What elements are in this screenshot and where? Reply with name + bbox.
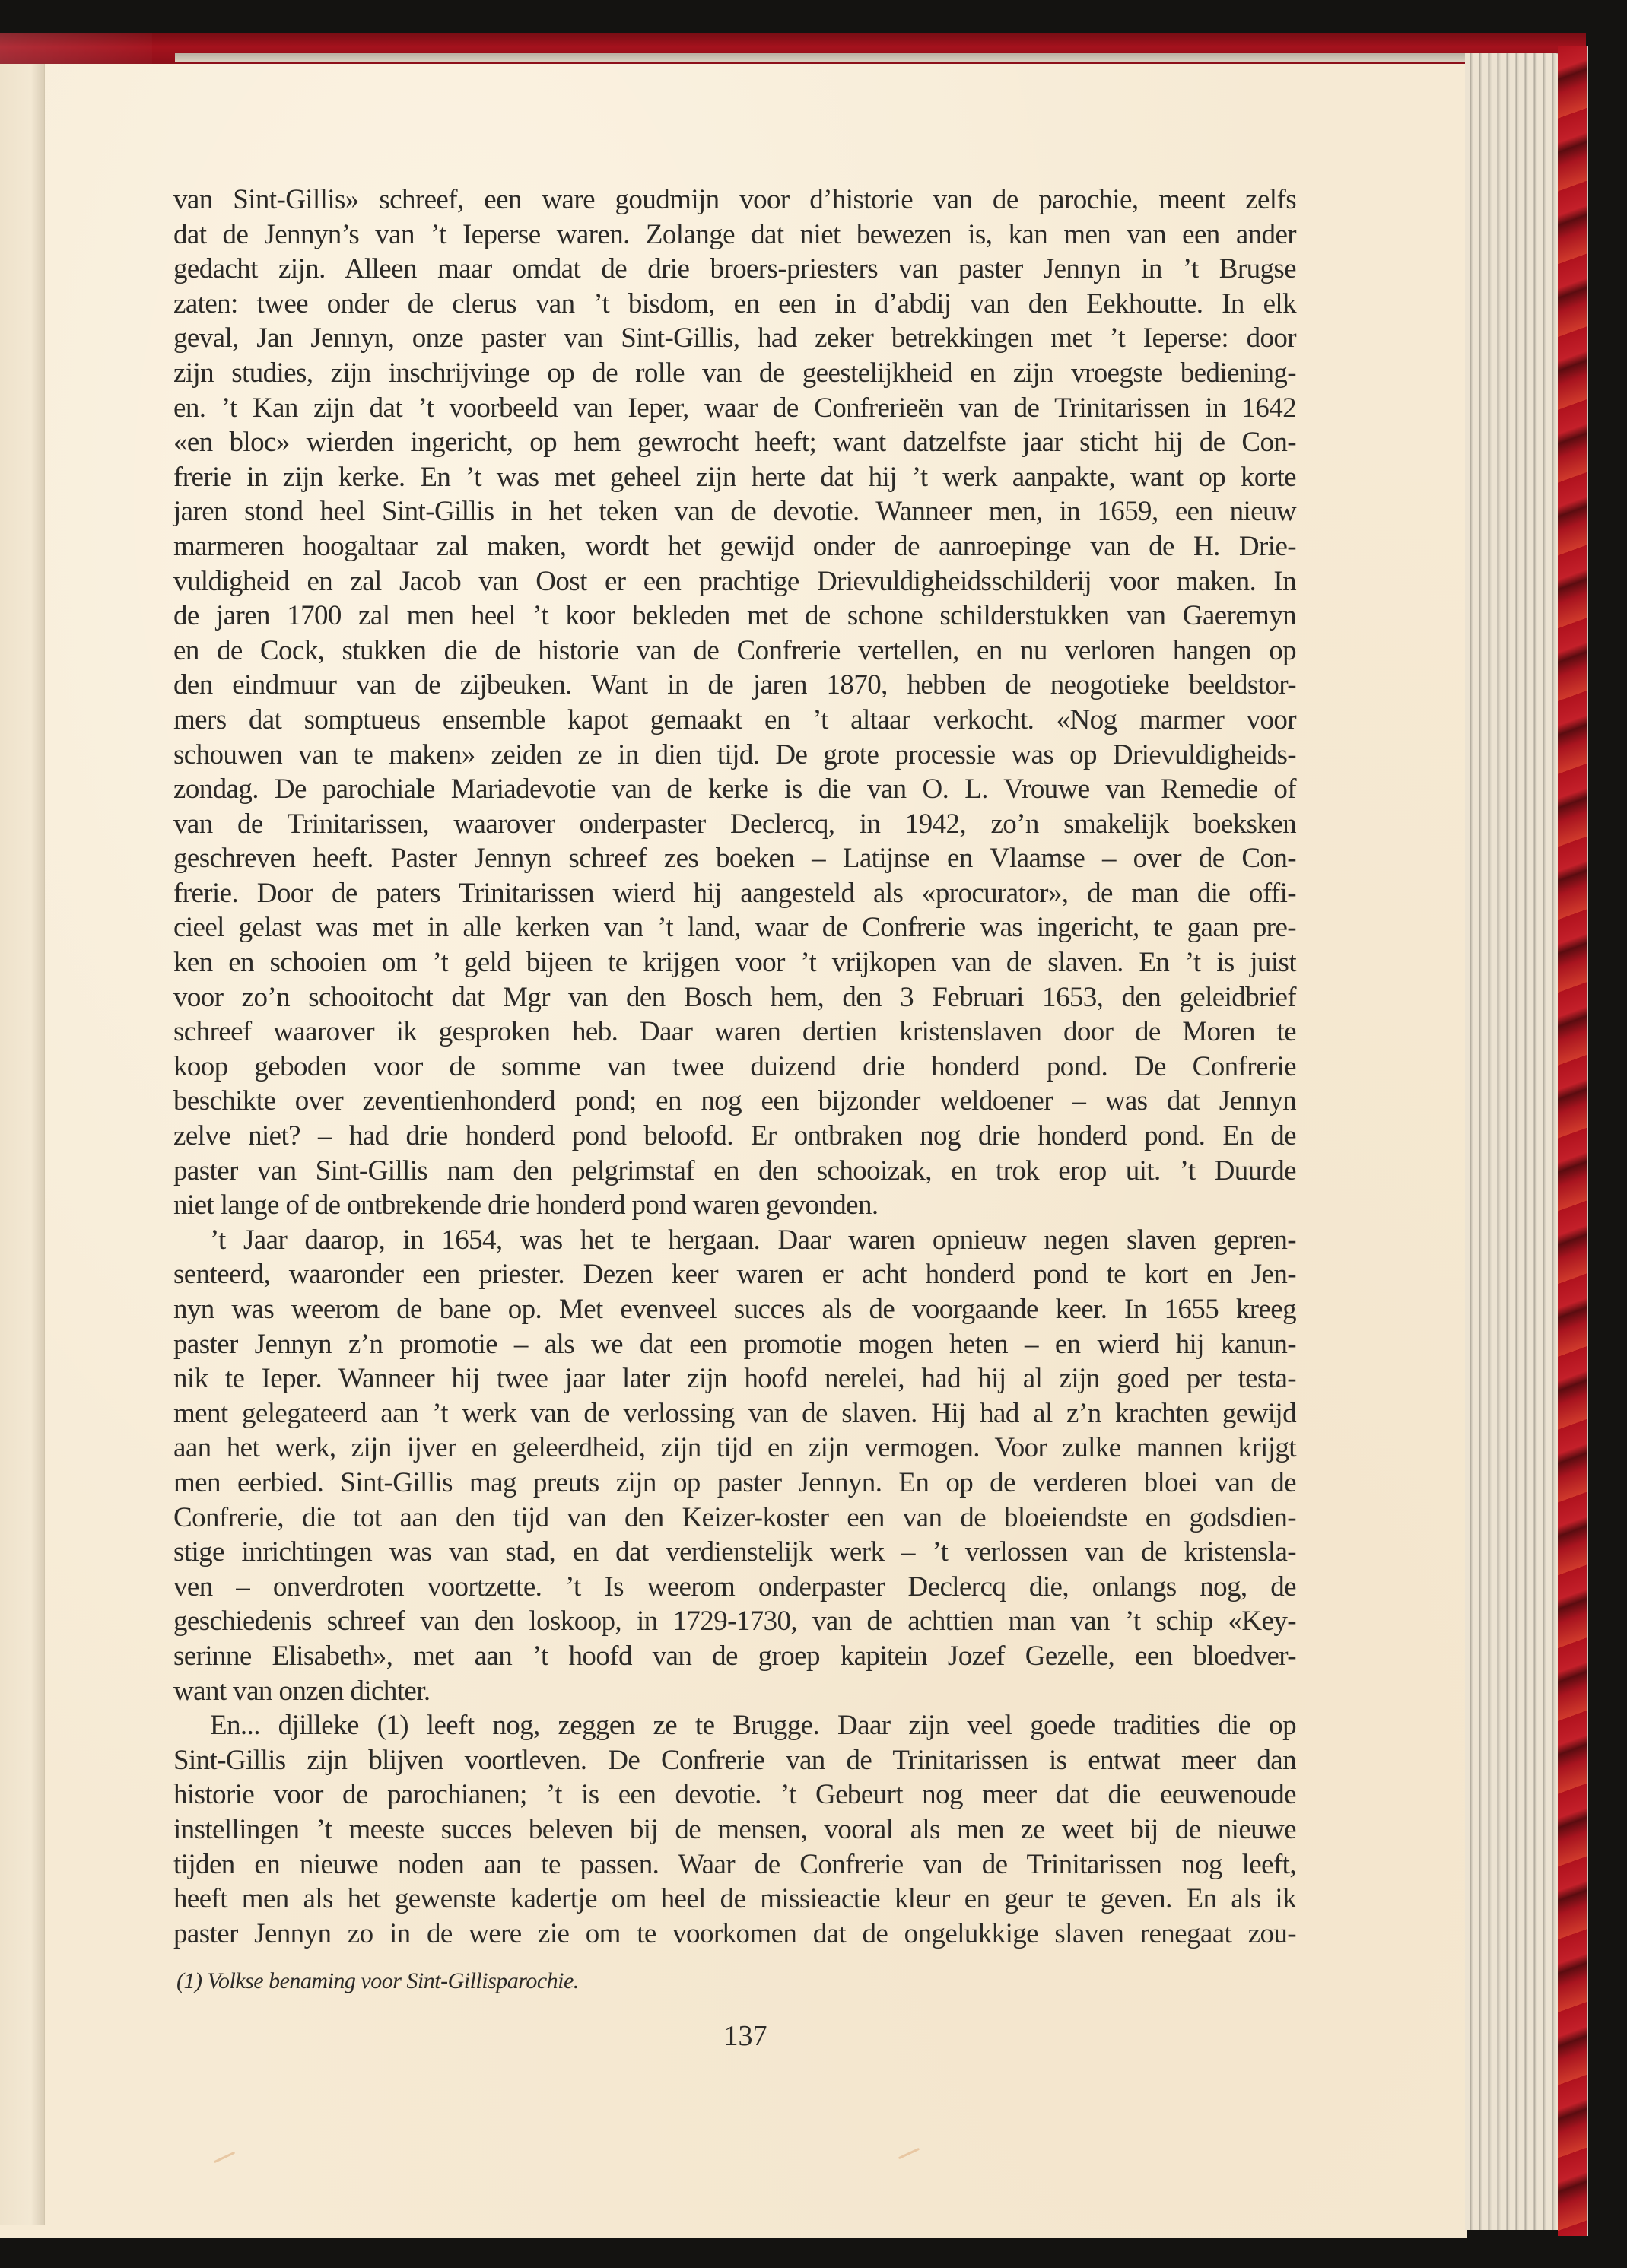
text-line: gedacht zijn. Alleen maar omdat de drie … <box>173 252 1296 287</box>
text-line: mers dat somptueus ensemble kapot gemaak… <box>173 703 1296 738</box>
text-line: paster Jennyn z’n promotie – als we dat … <box>173 1327 1296 1362</box>
text-line: geval, Jan Jennyn, onze paster van Sint-… <box>173 321 1296 356</box>
page-number: 137 <box>700 2019 791 2053</box>
text-line: van de Trinitarissen, waarover onderpast… <box>173 807 1296 842</box>
text-line: ken en schooien om ’t geld bijeen te kri… <box>173 945 1296 980</box>
body-text: van Sint-Gillis» schreef, een ware goudm… <box>173 183 1296 1951</box>
text-line: paster van Sint-Gillis nam den pelgrimst… <box>173 1154 1296 1189</box>
text-line: zondag. De parochiale Mariadevotie van d… <box>173 772 1296 807</box>
text-line: ven – onverdroten voortzette. ’t Is weer… <box>173 1570 1296 1605</box>
text-line: voor zo’n schooitocht dat Mgr van den Bo… <box>173 980 1296 1015</box>
text-line: jaren stond heel Sint-Gillis in het teke… <box>173 494 1296 529</box>
text-line: Confrerie, die tot aan den tijd van den … <box>173 1501 1296 1536</box>
text-line: niet lange of de ontbrekende drie honder… <box>173 1188 1296 1223</box>
book-cover-right-edge <box>1558 46 1588 2236</box>
text-line: zaten: twee onder de clerus van ’t bisdo… <box>173 287 1296 322</box>
text-line: heeft men als het gewenste kadertje om h… <box>173 1882 1296 1917</box>
text-line: historie voor de parochianen; ’t is een … <box>173 1777 1296 1812</box>
text-line: ment gelegateerd aan ’t werk van de verl… <box>173 1396 1296 1431</box>
text-line: frerie in zijn kerke. En ’t was met gehe… <box>173 460 1296 495</box>
text-line: Sint-Gillis zijn blijven voortleven. De … <box>173 1743 1296 1778</box>
text-line: beschikte over zeventienhonderd pond; en… <box>173 1084 1296 1119</box>
page-stack-edge <box>1465 53 1559 2230</box>
text-line: vuldigheid en zal Jacob van Oost er een … <box>173 564 1296 599</box>
text-line: marmeren hoogaltaar zal maken, wordt het… <box>173 529 1296 564</box>
text-line: geschreven heeft. Paster Jennyn schreef … <box>173 841 1296 876</box>
page-gutter <box>0 61 45 2225</box>
text-line: van Sint-Gillis» schreef, een ware goudm… <box>173 183 1296 218</box>
plastic-wrap-tape <box>0 33 152 64</box>
text-line: instellingen ’t meeste succes beleven bi… <box>173 1812 1296 1847</box>
text-line: cieel gelast was met in alle kerken van … <box>173 910 1296 945</box>
paragraph-start-line: En... djilleke (1) leeft nog, zeggen ze … <box>173 1708 1296 1743</box>
paragraph-start-line: ’t Jaar daarop, in 1654, was het te herg… <box>173 1223 1296 1258</box>
text-line: senteerd, waaronder een priester. Dezen … <box>173 1257 1296 1292</box>
text-line: de jaren 1700 zal men heel ’t koor bekle… <box>173 599 1296 634</box>
text-line: nik te Ieper. Wanneer hij twee jaar late… <box>173 1361 1296 1396</box>
text-line: zijn studies, zijn inschrijvinge op de r… <box>173 356 1296 391</box>
text-line: want van onzen dichter. <box>173 1674 1296 1709</box>
text-line: tijden en nieuwe noden aan te passen. Wa… <box>173 1847 1296 1882</box>
footnote: (1) Volkse benaming voor Sint-Gillisparo… <box>176 1968 579 1994</box>
text-line: frerie. Door de paters Trinitarissen wie… <box>173 876 1296 911</box>
page-stack-top-edge <box>175 53 1559 62</box>
text-line: en de Cock, stukken die de historie van … <box>173 634 1296 669</box>
text-line: schouwen van te maken» zeiden ze in dien… <box>173 738 1296 773</box>
text-line: nyn was weerom de bane op. Met evenveel … <box>173 1292 1296 1327</box>
text-line: paster Jennyn zo in de were zie om te vo… <box>173 1917 1296 1952</box>
text-line: men eerbied. Sint-Gillis mag preuts zijn… <box>173 1466 1296 1501</box>
text-line: geschiedenis schreef van den loskoop, in… <box>173 1604 1296 1639</box>
text-line: serinne Elisabeth», met aan ’t hoofd van… <box>173 1639 1296 1674</box>
text-line: dat de Jennyn’s van ’t Ieperse waren. Zo… <box>173 218 1296 253</box>
text-line: zelve niet? – had drie honderd pond belo… <box>173 1119 1296 1154</box>
text-line: aan het werk, zijn ijver en geleerdheid,… <box>173 1431 1296 1466</box>
text-line: schreef waarover ik gesproken heb. Daar … <box>173 1015 1296 1050</box>
text-line: stige inrichtingen was van stad, en dat … <box>173 1535 1296 1570</box>
text-line: koop geboden voor de somme van twee duiz… <box>173 1050 1296 1085</box>
text-line: en. ’t Kan zijn dat ’t voorbeeld van Iep… <box>173 391 1296 426</box>
text-line: «en bloc» wierden ingericht, op hem gewr… <box>173 425 1296 460</box>
text-line: den eindmuur van de zijbeuken. Want in d… <box>173 668 1296 703</box>
